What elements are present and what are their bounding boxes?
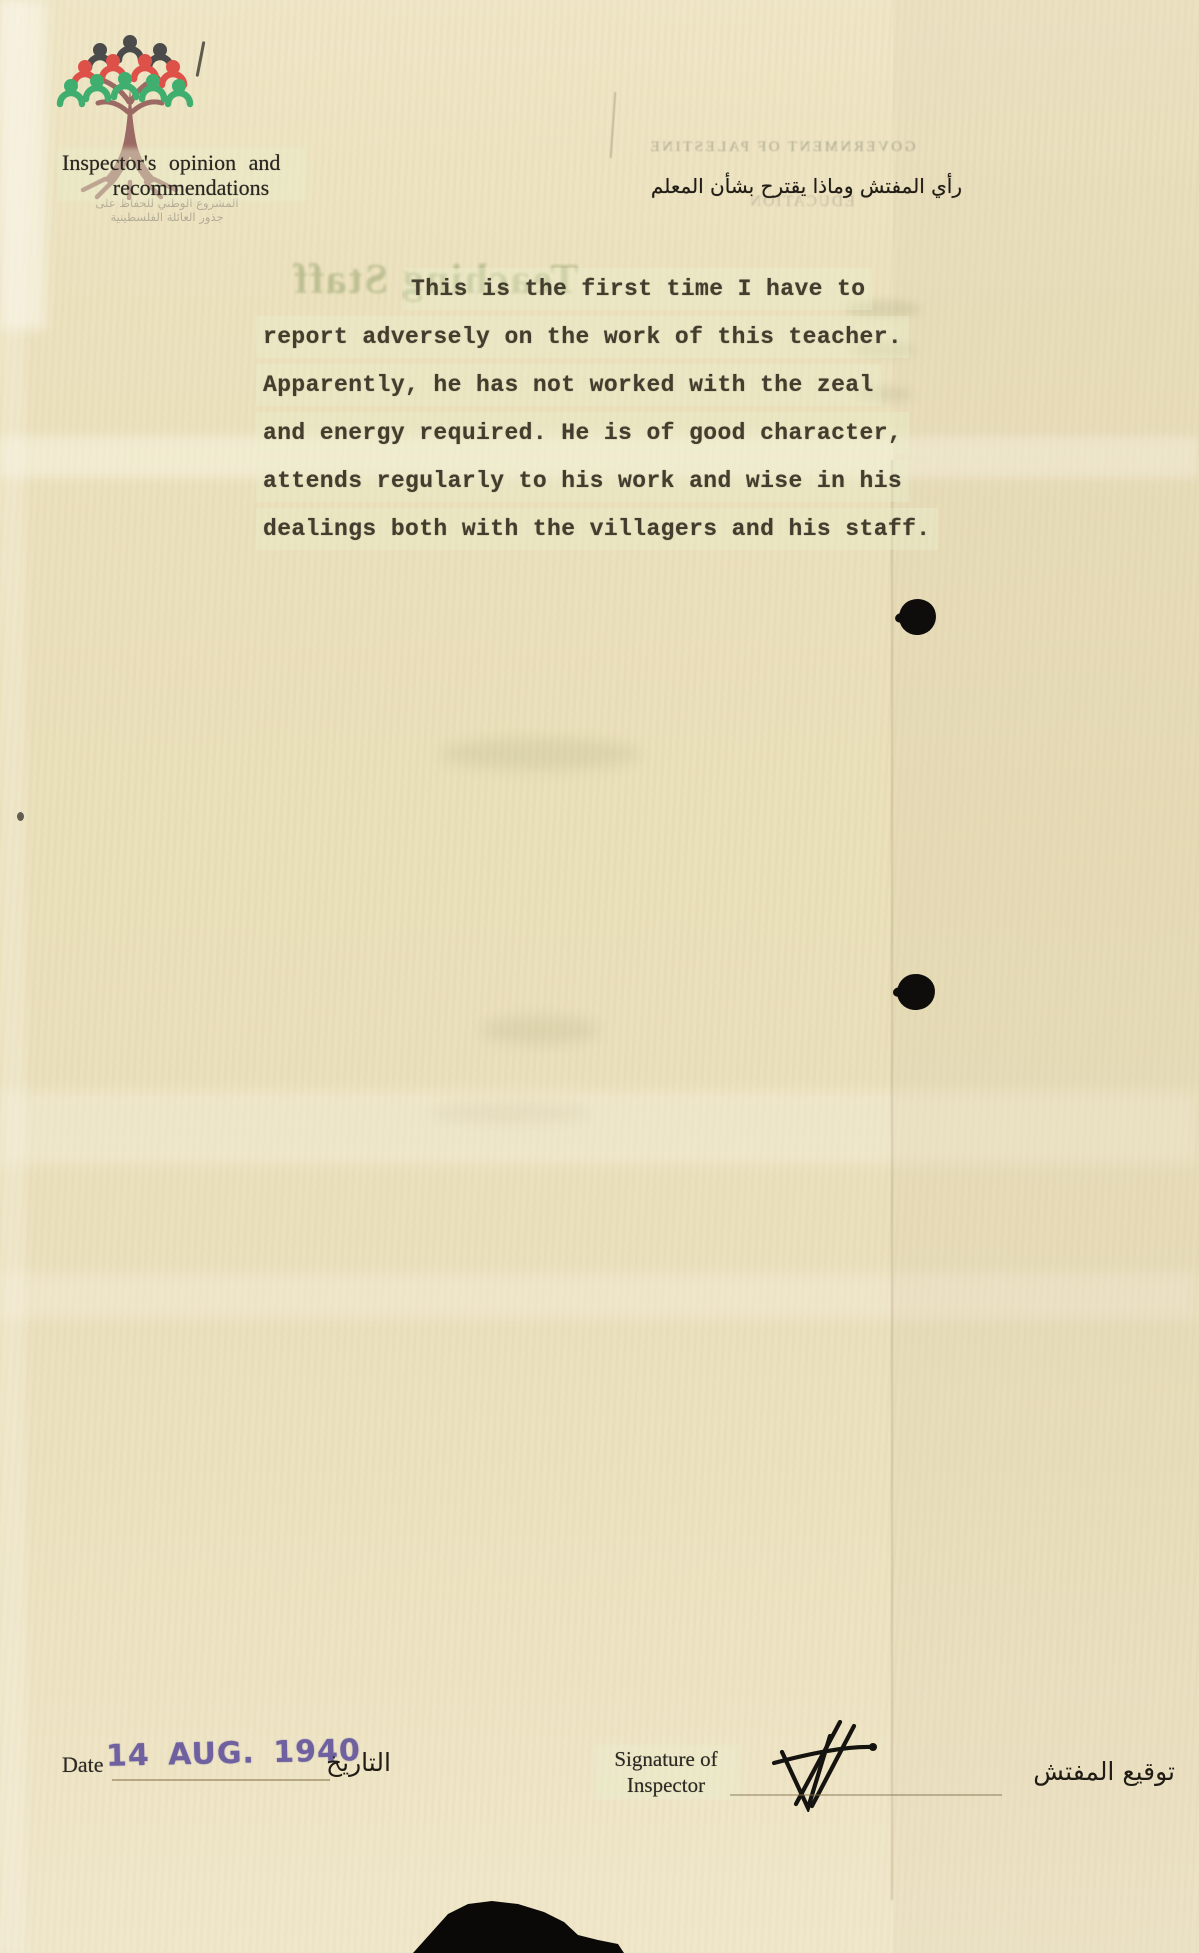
report-line: and energy required. He is of good chara… [256,412,909,454]
typed-report-text: This is the first time I have to report … [256,268,976,556]
signature-label: Signature of Inspector [596,1746,736,1798]
signature-label-line2: Inspector [596,1772,736,1798]
scratch-mark [610,92,617,158]
logo-watermark-line2: جذور العائلة الفلسطينية [86,210,248,224]
left-edge-strip [0,0,26,1953]
report-line: dealings both with the villagers and his… [256,508,938,550]
scanned-inspection-form: GOVERNMENT OF PALESTINE EDUCATION Teachi… [0,0,1199,1953]
light-band-middle [0,1090,1199,1165]
light-band-lower [0,1272,1199,1320]
date-label: Date [62,1752,104,1778]
signature-underline [730,1794,1002,1796]
date-stamp: 14 AUG. 1940 [106,1733,362,1774]
ink-smudge-1 [440,738,640,770]
bleedthrough-government-line: GOVERNMENT OF PALESTINE [648,139,916,156]
signature-label-line1: Signature of [596,1746,736,1772]
inspector-signature [768,1716,886,1812]
section-title-line1: Inspector's opinion and [62,150,302,175]
left-edge-highlight [0,0,46,330]
section-title-arabic: رأي المفتش وماذا يقترح بشأن المعلم [651,174,962,198]
punch-hole-top [897,597,939,638]
section-title-english: Inspector's opinion and recommendations [62,150,302,200]
report-line: Apparently, he has not worked with the z… [256,364,881,406]
vertical-crease [891,460,893,1900]
stain-bottom-left [430,1102,590,1124]
date-underline [112,1779,330,1781]
report-line: This is the first time I have to [404,268,872,310]
date-label-arabic: التاريخ [326,1748,391,1777]
report-line: report adversely on the work of this tea… [256,316,909,358]
section-title-line2: recommendations [80,175,302,200]
ink-speck [17,812,24,821]
punch-hole-bottom [896,972,937,1011]
page-tear [0,1898,1199,1953]
ink-smudge-2 [480,1016,600,1044]
report-line: attends regularly to his work and wise i… [256,460,909,502]
signature-label-arabic: توقيع المفتش [1033,1757,1175,1786]
